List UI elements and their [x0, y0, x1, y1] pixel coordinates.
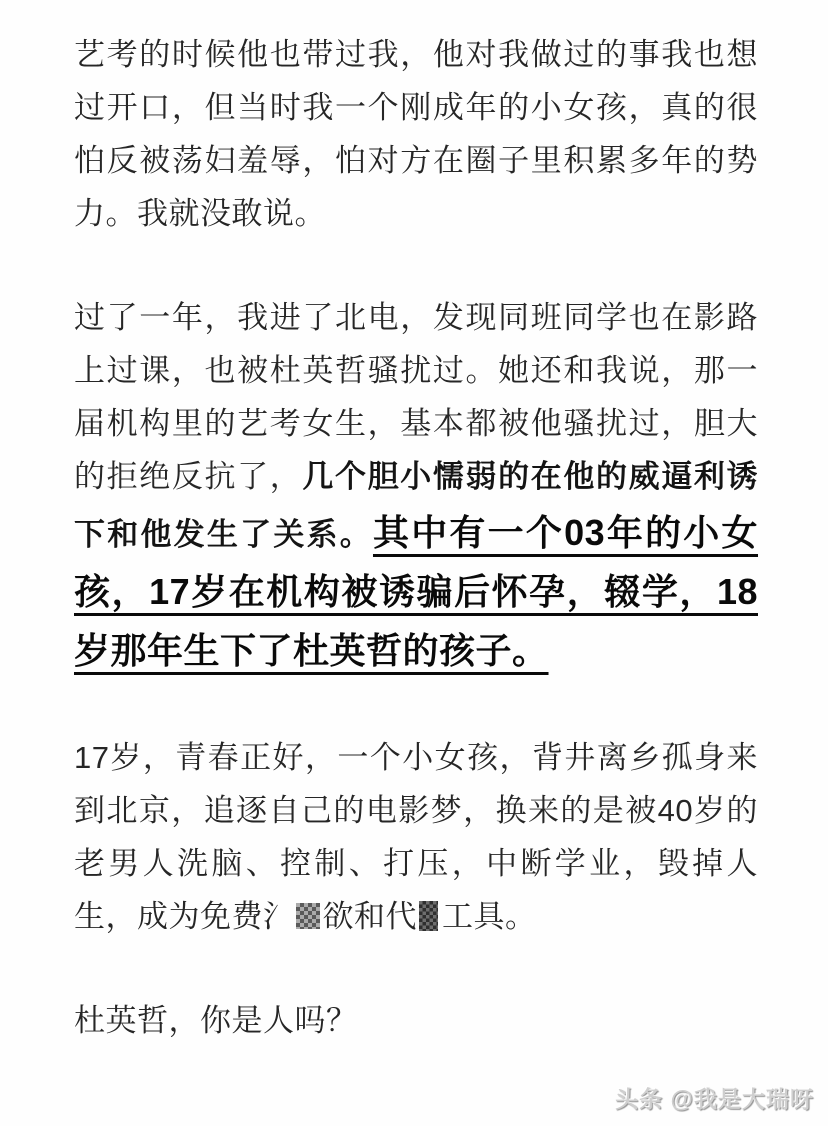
censored-block: [419, 901, 438, 931]
text-segment-normal: 艺考的时候他也带过我，他对我做过的事我也想过开口，但当时我一个刚成年的小女孩，真…: [74, 37, 758, 231]
paragraph-2: 过了一年，我进了北电，发现同班同学也在影路上过课，也被杜英哲骚扰过。她还和我说，…: [74, 291, 758, 680]
article-body: 艺考的时候他也带过我，他对我做过的事我也想过开口，但当时我一个刚成年的小女孩，真…: [74, 28, 758, 1098]
text-segment-normal: 杜英哲，你是人吗？: [74, 1003, 358, 1038]
paragraph-4: 杜英哲，你是人吗？: [74, 994, 758, 1047]
text-segment-normal: 欲和代: [323, 899, 418, 934]
censored-block: [296, 903, 320, 929]
text-segment-normal: 工具。: [442, 899, 537, 934]
paragraph-3: 17岁，青春正好，一个小女孩，背井离乡孤身来到北京，追逐自己的电影梦，换来的是被…: [74, 731, 758, 943]
paragraph-1: 艺考的时候他也带过我，他对我做过的事我也想过开口，但当时我一个刚成年的小女孩，真…: [74, 28, 758, 240]
toutiao-watermark: 头条 @我是大瑞呀: [615, 1081, 814, 1114]
article-page: 艺考的时候他也带过我，他对我做过的事我也想过开口，但当时我一个刚成年的小女孩，真…: [0, 0, 828, 1126]
